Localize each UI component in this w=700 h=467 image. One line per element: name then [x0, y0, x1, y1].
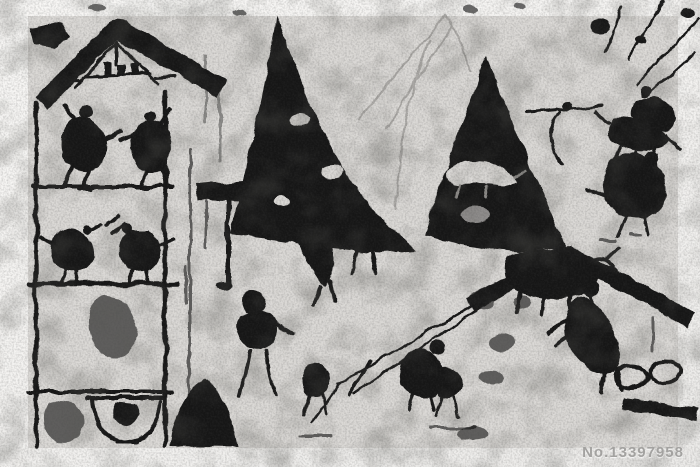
- watermark-text: No.13397958: [582, 444, 684, 461]
- top-edge-specks: [87, 3, 526, 16]
- grain-texture-overlay: [28, 16, 678, 448]
- rubbing-artwork-image: [0, 0, 700, 467]
- rubbing-photo: No.13397958: [0, 0, 700, 467]
